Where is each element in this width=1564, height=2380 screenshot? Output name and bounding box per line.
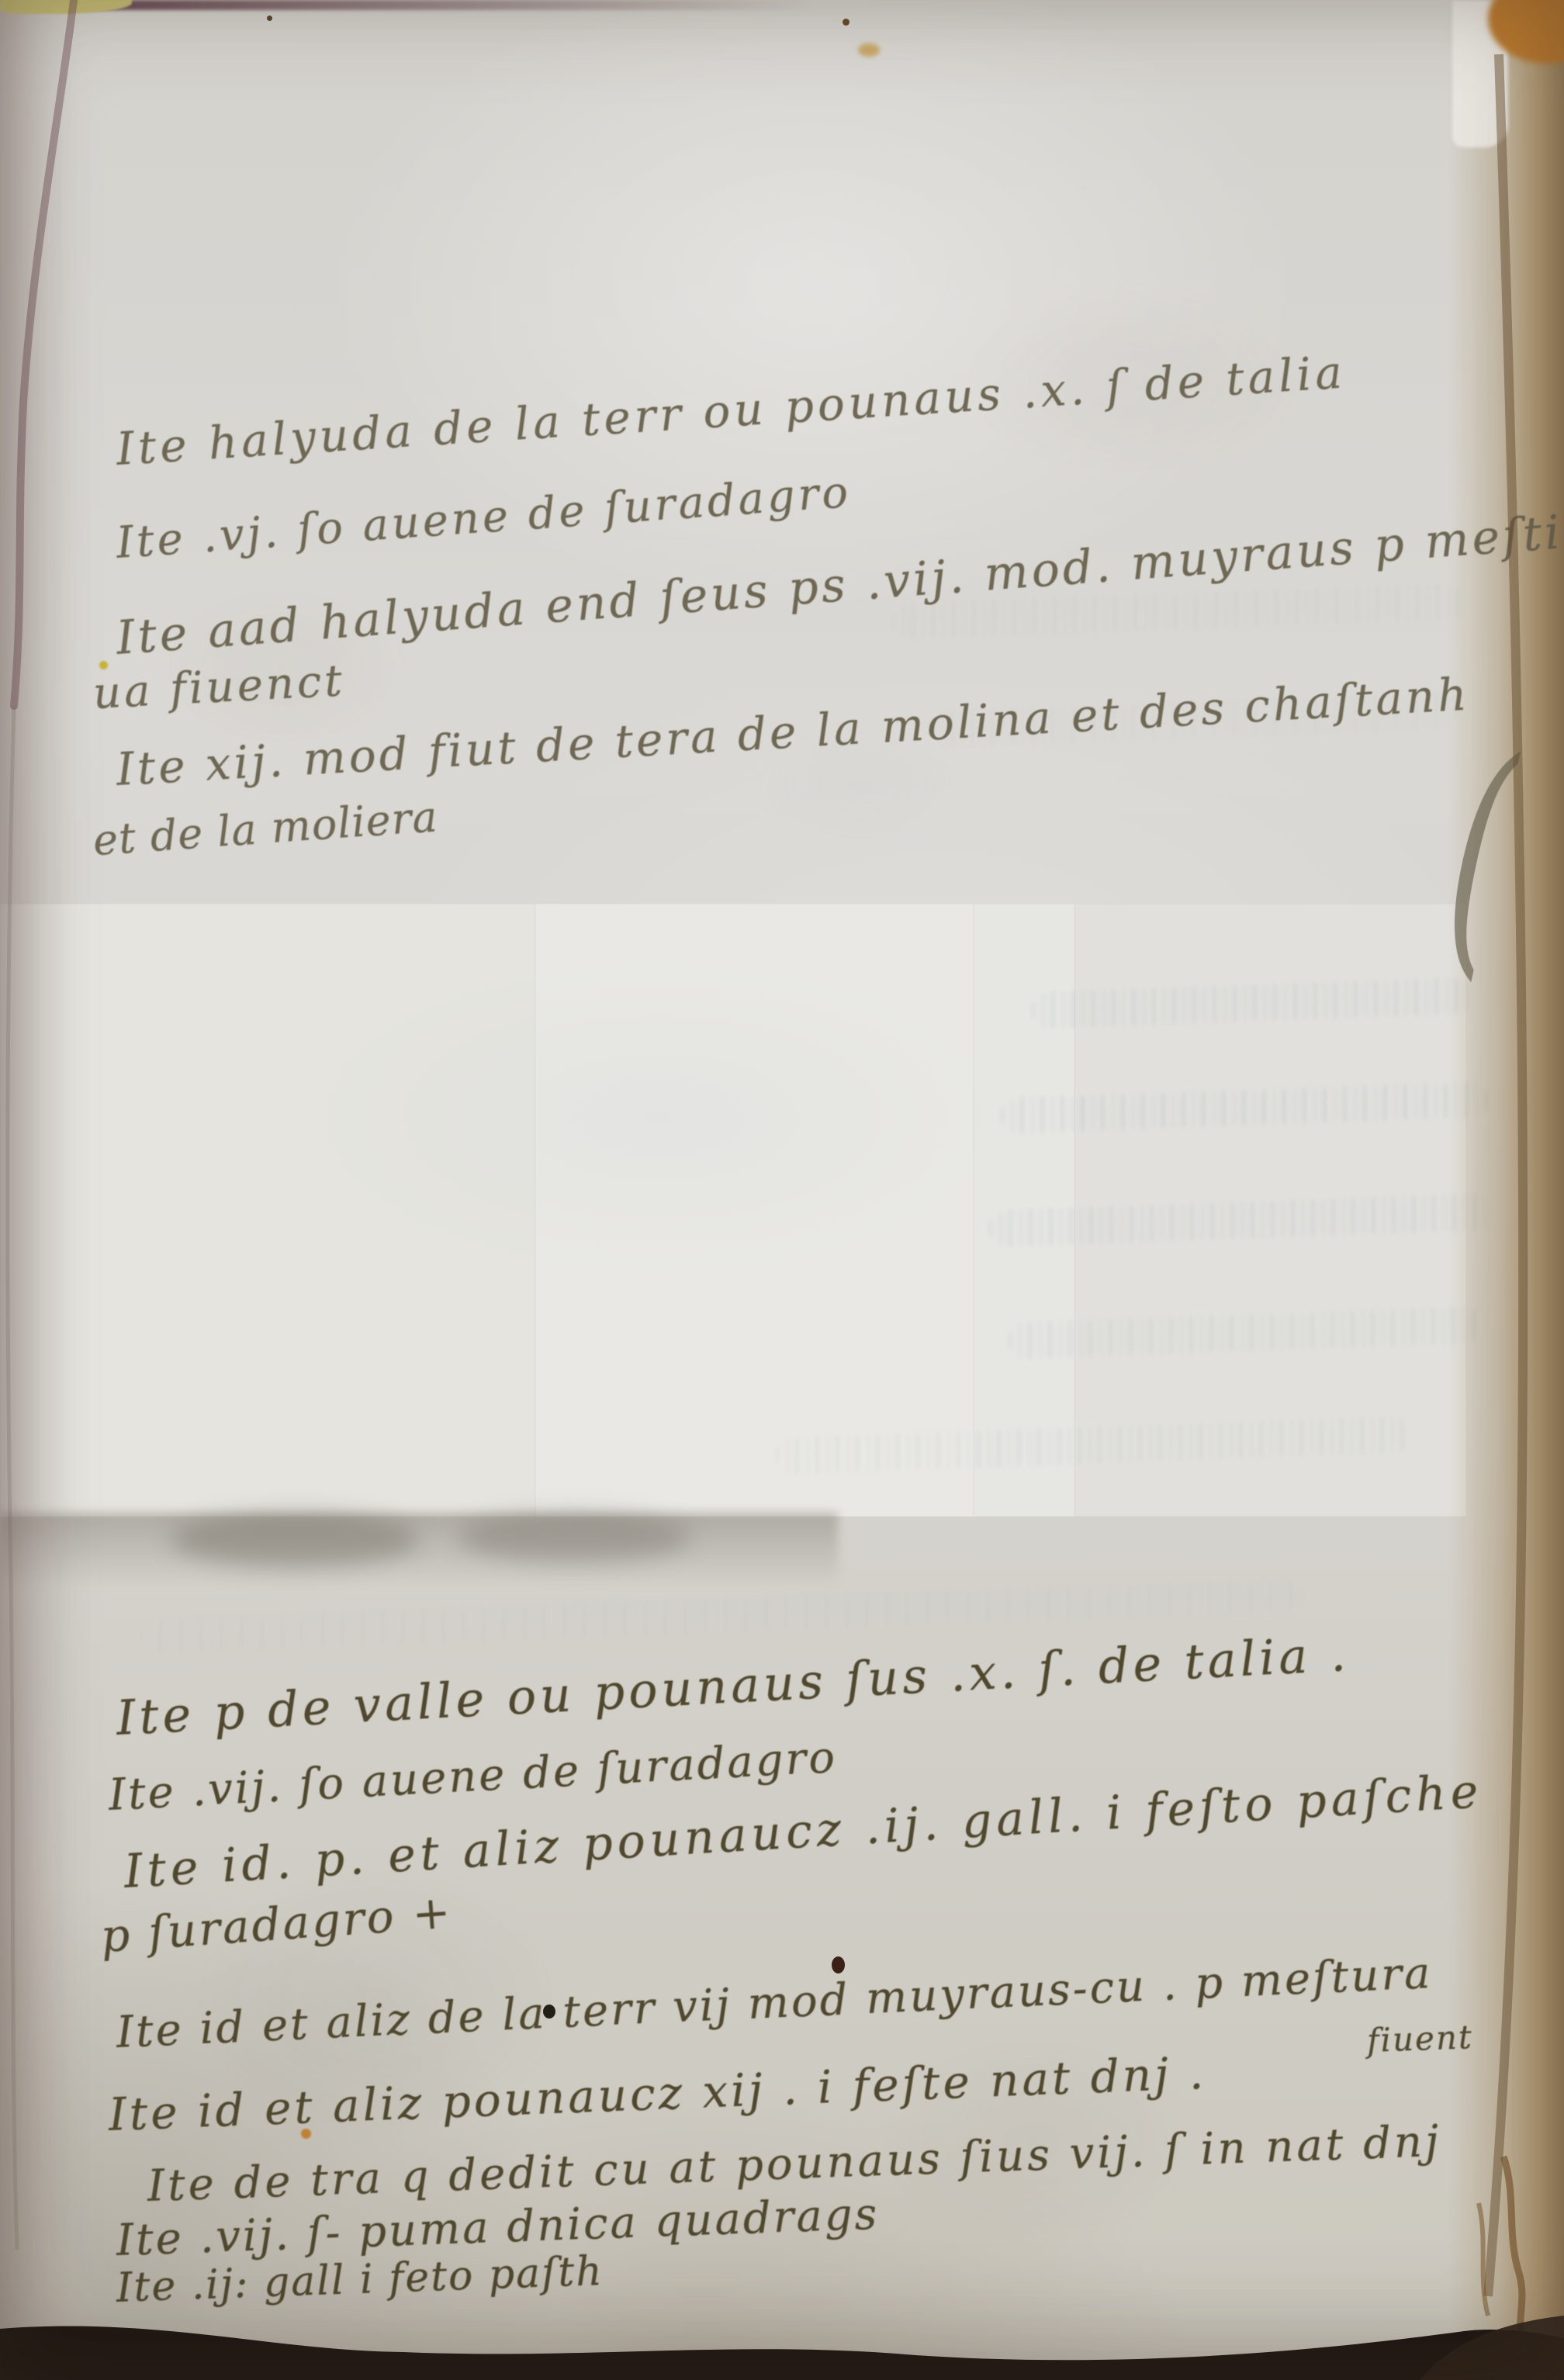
photo-vignette — [0, 0, 1564, 2380]
manuscript-photo: Ite halyuda de la terr ou pounaus .x. ſ … — [0, 0, 1564, 2380]
